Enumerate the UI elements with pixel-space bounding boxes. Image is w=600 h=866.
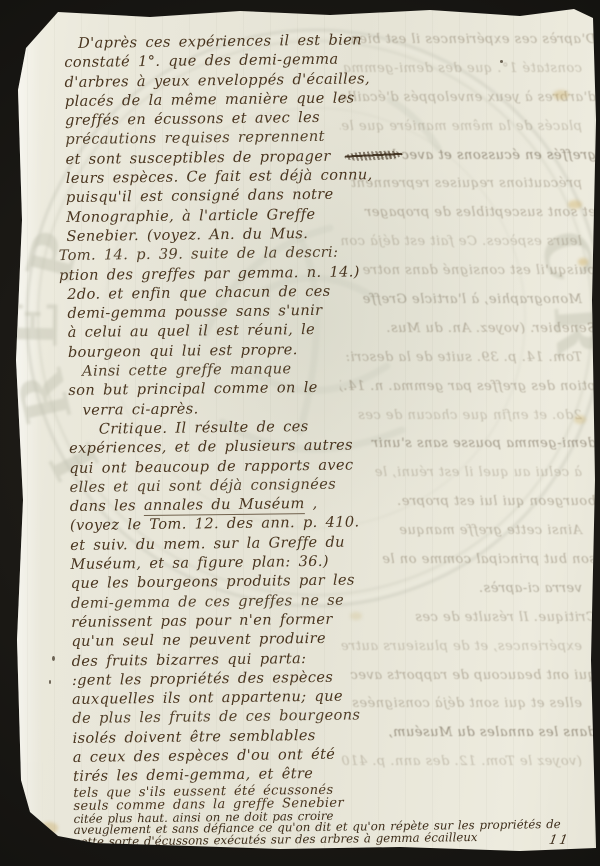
bleedthrough-line: demi-gemma pousse sans s'unir (340, 430, 596, 459)
line-text: d'arbres à yeux enveloppés d'écailles, (64, 70, 370, 91)
line-text: auxquelles ils ont appartenu; que (72, 688, 343, 708)
foxing-stain (553, 90, 569, 100)
ink-speck (500, 60, 503, 63)
verso-bleedthrough-text: D'après ces expériences il est bienconst… (340, 26, 596, 808)
line-text: Monographie, à l'article Greffe (66, 206, 315, 226)
manuscript-line: que les bourgeons produits par les (71, 570, 383, 593)
manuscript-line: Critique. Il résulte de ces (69, 416, 381, 439)
line-text: qui ont beaucoup de rapports avec (69, 456, 353, 476)
bleedthrough-line: expériences, et de plusieurs autres (340, 633, 596, 662)
bleedthrough-line: Monographie, à l'article Greffe (340, 286, 596, 315)
bleedthrough-line: verra ci-après. (340, 575, 596, 604)
bleedthrough-line: greffés en écussons et avec les (340, 142, 596, 171)
manuscript-line: et sont susceptibles de propager (65, 146, 377, 169)
manuscript-line: isolés doivent être semblables (72, 725, 384, 748)
bleedthrough-line: placés de la même manière que les (340, 113, 596, 142)
line-text: expériences, et de plusieurs autres (69, 437, 353, 457)
manuscript-line: aveuglement et sans défiance ce qu'on di… (74, 819, 600, 837)
bleedthrough-line: leurs espèces. Ce fait est déjà connu, (340, 228, 596, 257)
line-text: et sont susceptibles de propager (65, 148, 330, 168)
line-text: verra ci-après. (82, 400, 198, 418)
stamp-legend-letters: P E R I C R (0, 222, 600, 491)
embossed-stamp: P E R I C R (0, 0, 600, 866)
line-text: seuls comme dans la greffe Senebier (73, 796, 344, 814)
underlined-text: annales du Muséum (144, 495, 305, 516)
bleedthrough-line: puisqu'il est consigné dans notre (340, 257, 596, 286)
line-text: D'après ces expériences il est bien (78, 31, 362, 51)
line-text: précautions requises reprennent (65, 128, 325, 148)
stamp-letter: I (36, 432, 114, 491)
manuscript-line: qu'un seul ne peuvent produire (71, 628, 383, 651)
stamp-outer-ring (27, 30, 600, 606)
line-text: que les bourgeons produits par les (71, 572, 355, 592)
bleedthrough-line: 2do. et enfin que chacun de ces (340, 402, 596, 431)
line-text: constaté 1°. que des demi-gemma (64, 51, 338, 71)
line-text: dans les (70, 497, 144, 515)
manuscript-line: citée plus haut. ainsi on ne doit pas cr… (74, 807, 600, 825)
manuscript-line: puisqu'il est consigné dans notre (66, 185, 378, 208)
manuscript-line: de plus les fruits de ces bourgeons (72, 706, 384, 729)
manuscript-line: auxquelles ils ont appartenu; que (72, 686, 384, 709)
line-text: à celui au quel il est réuni, le (68, 321, 316, 341)
manuscript-text: D'après ces expériences il est bien cons… (64, 30, 386, 848)
line-text: réunissent pas pour n'en former (71, 611, 333, 631)
manuscript-line: constaté 1°. que des demi-gemma (64, 49, 376, 72)
manuscript-line: Monographie, à l'article Greffe (66, 204, 378, 227)
manuscript-line: bourgeon qui lui est propre. (68, 339, 380, 362)
manuscript-line: précautions requises reprennent (65, 127, 377, 150)
line-text: demi-gemma de ces greffes ne se (71, 591, 344, 611)
line-text: demi-gemma pousse sans s'unir (67, 302, 322, 322)
manuscript-line: demi-gemma pousse sans s'unir (67, 300, 379, 323)
manuscript-line: D'après ces expériences il est bien (64, 30, 376, 53)
bleedthrough-line: Senebier. (voyez. An. du Mus. (340, 315, 596, 344)
line-text: cette sorte d'écussons exécutés sur des … (74, 830, 478, 849)
foxing-stain (574, 415, 586, 424)
bleedthrough-line: constaté 1°. que des demi-gemma (340, 55, 596, 84)
bleedthrough-line: qui ont beaucoup de rapports avec (340, 662, 596, 691)
line-text: Senebier. (voyez. An. du Mus. (66, 225, 308, 245)
manuscript-line: Ainsi cette greffe manque (68, 358, 380, 381)
line-text: (voyez le Tom. 12. des ann. p. 410. (70, 514, 360, 535)
manuscript-line: qui ont beaucoup de rapports avec (69, 455, 381, 478)
stamp-wreath-ornament (205, 100, 438, 449)
bleedthrough-line: précautions requises reprennent (340, 170, 596, 199)
manuscript-line: Muséum, et sa figure plan: 36.) (70, 551, 382, 574)
line-text: tels que s'ils eussent été écussonés (73, 782, 333, 800)
manuscript-line: tirés les demi-gemma, et être (73, 763, 385, 786)
line-text: tirés les demi-gemma, et être (73, 765, 313, 785)
line-text: placés de la même manière que les (65, 89, 355, 110)
line-text: greffés en écussons et avec les (65, 109, 320, 129)
manuscript-line: tels que s'ils eussent été écussonés (73, 783, 385, 800)
line-text: son but principal comme on le (68, 379, 318, 399)
line-text: Critique. Il résulte de ces (99, 418, 309, 438)
bleedthrough-line: dans les annales du Muséum, (340, 719, 596, 748)
bleedthrough-line: D'après ces expériences il est bien (340, 26, 596, 55)
line-text: Tom. 14. p. 39. suite de la descri: (59, 244, 339, 264)
manuscript-line: elles et qui sont déjà consignées (69, 474, 381, 497)
manuscript-line: son but principal comme on le (68, 378, 380, 401)
manuscript-line: réunissent pas pour n'en former (71, 609, 383, 632)
bleedthrough-line: d'arbres à yeux enveloppés d'écailles, (340, 84, 596, 113)
line-text: a ceux des espèces d'ou ont été (73, 746, 336, 766)
bleedthrough-line: Critique. Il résulte de ces (340, 604, 596, 633)
manuscript-line: Senebier. (voyez. An. du Mus. (66, 223, 378, 246)
photograph-background: P E R I C R D'après ces expériences il e… (0, 0, 600, 866)
manuscript-line: :gent les propriétés des espèces (72, 667, 384, 690)
manuscript-line: d'arbres à yeux enveloppés d'écailles, (64, 69, 376, 92)
bleedthrough-line: Tom. 14. p. 39. suite de la descri: (340, 344, 596, 373)
foxing-stain (350, 612, 362, 620)
manuscript-line: (voyez le Tom. 12. des ann. p. 410. (70, 513, 382, 536)
line-text: leurs espèces. Ce fait est déjà connu, (66, 166, 373, 187)
manuscript-line: expériences, et de plusieurs autres (69, 435, 381, 458)
line-text: aveuglement et sans défiance ce qu'on di… (74, 817, 561, 837)
manuscript-line: et suiv. du mem. sur la Greffe du (70, 532, 382, 555)
line-text: , (312, 495, 317, 512)
bleedthrough-line: (voyez le Tom. 12. des ann. p. 410. (340, 748, 596, 777)
line-text: :gent les propriétés des espèces (72, 669, 333, 689)
line-text: et suiv. du mem. sur la Greffe du (70, 533, 345, 553)
manuscript-line: cette sorte d'écussons exécutés sur des … (74, 830, 600, 848)
stamp-inner-ring (38, 41, 592, 595)
bleedthrough-line: son but principal comme on le (340, 546, 596, 575)
foxing-stain (568, 200, 582, 209)
bleedthrough-line: et sont susceptibles de propager (340, 199, 596, 228)
line-text: qu'un seul ne peuvent produire (71, 630, 326, 650)
line-text: des fruits bizarres qui parta: (72, 650, 307, 670)
stamp-letter: E (0, 300, 72, 349)
stamp-letter: R (539, 302, 600, 359)
stamp-letter: R (4, 363, 87, 430)
ink-speck (52, 656, 55, 661)
stamp-letter: P (12, 225, 94, 288)
bleedthrough-line: à celui au quel il est réuni, le (340, 459, 596, 488)
line-text: Muséum, et sa figure plan: 36.) (70, 553, 329, 573)
manuscript-line: Tom. 14. p. 39. suite de la descri: (59, 242, 379, 265)
line-text: puisqu'il est consigné dans notre (66, 186, 334, 206)
line-text: 2do. et enfin que chacun de ces (67, 283, 331, 303)
ink-speck (49, 680, 51, 684)
line-text: Ainsi cette greffe manque (82, 360, 292, 380)
manuscript-line: seuls comme dans la greffe Senebier (73, 796, 385, 813)
bleedthrough-line: ption des greffes par gemma. n. 14.) (340, 373, 596, 402)
manuscript-line: dans les annales du Muséum , (70, 493, 382, 516)
manuscript-line: ption des greffes par gemma. n. 14.) (59, 262, 379, 285)
manuscript-line: à celui au quel il est réuni, le (68, 320, 380, 343)
bleedthrough-line: Ainsi cette greffe manque (340, 517, 596, 546)
line-text: elles et qui sont déjà consignées (69, 476, 336, 496)
manuscript-line: greffés en écussons et avec les (65, 107, 377, 130)
bleedthrough-line: elles et qui sont déjà consignées (340, 690, 596, 719)
line-text: isolés doivent être semblables (72, 727, 315, 747)
manuscript-page: P E R I C R D'après ces expériences il e… (0, 0, 600, 866)
line-text: citée plus haut. ainsi on ne doit pas cr… (74, 809, 334, 826)
manuscript-line: a ceux des espèces d'ou ont été (73, 744, 385, 767)
manuscript-line: des fruits bizarres qui parta: (72, 648, 384, 671)
line-text: de plus les fruits de ces bourgeons (72, 707, 360, 728)
manuscript-line: 2do. et enfin que chacun de ces (67, 281, 379, 304)
foxing-stain (578, 258, 588, 266)
foxing-stain (40, 822, 58, 834)
manuscript-line: verra ci-après. (68, 397, 380, 420)
manuscript-line: demi-gemma de ces greffes ne se (71, 590, 383, 613)
line-text: ption des greffes par gemma. n. 14.) (59, 263, 360, 284)
line-text: bourgeon qui lui est propre. (68, 341, 298, 361)
manuscript-line: leurs espèces. Ce fait est déjà connu, (66, 165, 378, 188)
bleedthrough-line: bourgeon qui lui est propre. (340, 488, 596, 517)
stamp-letter: C (525, 222, 600, 290)
page-number: 11 (548, 833, 571, 848)
manuscript-line: placés de la même manière que les (65, 88, 377, 111)
